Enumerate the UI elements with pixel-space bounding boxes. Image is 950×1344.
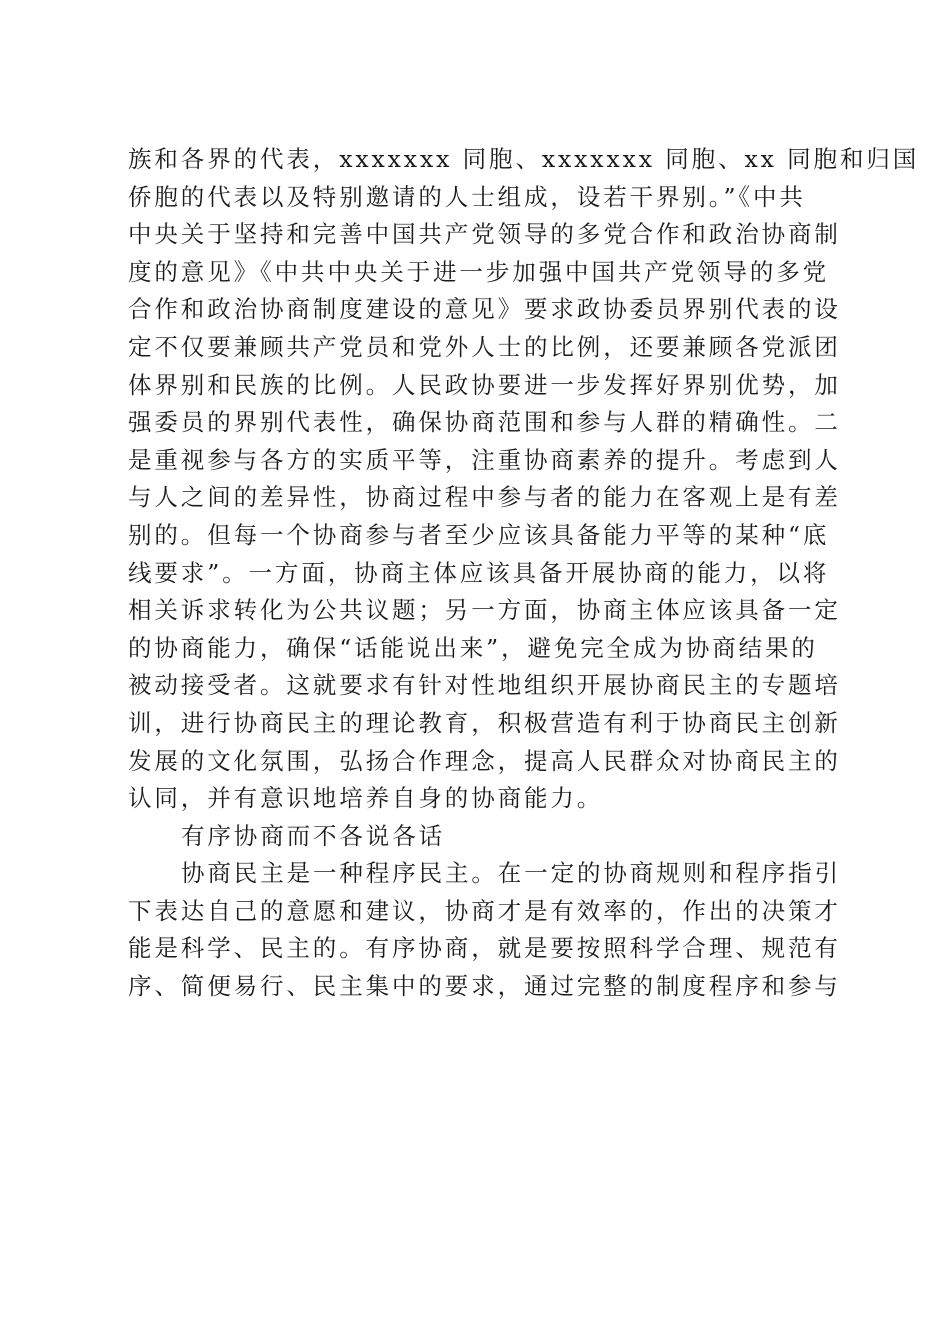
text-line-14: 的协商能力，确保“话能说出来”，避免完全成为协商结果的	[128, 630, 828, 668]
document-page: 族和各界的代表，xxxxxxx 同胞、xxxxxxx 同胞、xx 同胞和归国 侨…	[128, 141, 828, 1006]
text-line-2: 侨胞的代表以及特别邀请的人士组成，设若干界别。”《中共	[128, 179, 828, 217]
text-line-1-content: 族和各界的代表，xxxxxxx 同胞、xxxxxxx 同胞、xx 同胞和归国	[128, 145, 919, 173]
text-line-9: 是重视参与各方的实质平等，注重协商素养的提升。考虑到人	[128, 442, 828, 480]
text-line-1: 族和各界的代表，xxxxxxx 同胞、xxxxxxx 同胞、xx 同胞和归国	[128, 141, 828, 179]
text-line-16: 训，进行协商民主的理论教育，积极营造有利于协商民主创新	[128, 705, 828, 743]
text-line-6: 定不仅要兼顾共产党员和党外人士的比例，还要兼顾各党派团	[128, 329, 828, 367]
text-line-10: 与人之间的差异性，协商过程中参与者的能力在客观上是有差	[128, 479, 828, 517]
text-line-3: 中央关于坚持和完善中国共产党领导的多党合作和政治协商制	[128, 216, 828, 254]
section-heading: 有序协商而不各说各话	[128, 818, 828, 856]
text-line-15: 被动接受者。这就要求有针对性地组织开展协商民主的专题培	[128, 667, 828, 705]
text-line-18: 认同，并有意识地培养自身的协商能力。	[128, 780, 828, 818]
text-line-8: 强委员的界别代表性，确保协商范围和参与人群的精确性。二	[128, 404, 828, 442]
text-line-7: 体界别和民族的比例。人民政协要进一步发挥好界别优势，加	[128, 367, 828, 405]
paragraph-start-line: 协商民主是一种程序民主。在一定的协商规则和程序指引	[128, 855, 828, 893]
text-line-23: 序、简便易行、民主集中的要求，通过完整的制度程序和参与	[128, 968, 828, 1006]
text-line-4: 度的意见》《中共中央关于进一步加强中国共产党领导的多党	[128, 254, 828, 292]
text-line-11: 别的。但每一个协商参与者至少应该具备能力平等的某种“底	[128, 517, 828, 555]
text-line-17: 发展的文化氛围，弘扬合作理念，提高人民群众对协商民主的	[128, 743, 828, 781]
text-line-22: 能是科学、民主的。有序协商，就是要按照科学合理、规范有	[128, 930, 828, 968]
text-line-5: 合作和政治协商制度建设的意见》要求政协委员界别代表的设	[128, 291, 828, 329]
text-line-12: 线要求”。一方面，协商主体应该具备开展协商的能力，以将	[128, 555, 828, 593]
text-line-21: 下表达自己的意愿和建议，协商才是有效率的，作出的决策才	[128, 893, 828, 931]
text-line-13: 相关诉求转化为公共议题；另一方面，协商主体应该具备一定	[128, 592, 828, 630]
